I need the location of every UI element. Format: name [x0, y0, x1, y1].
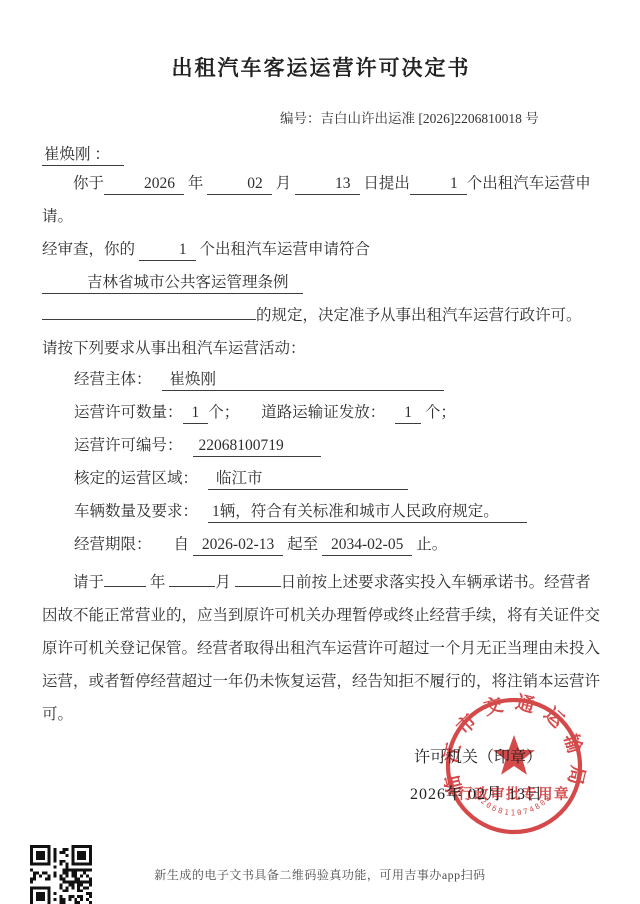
- regulation-name: 吉林省城市公共客运管理条例: [42, 273, 303, 294]
- field-label: 经营主体：: [74, 371, 152, 388]
- term-to-date: 2034-02-05: [322, 535, 412, 556]
- p1-text: 经审查，你的: [42, 241, 135, 258]
- footer-verification-note: 新生成的电子文书具备二维码验真功能，可用吉事办app扫码: [0, 866, 640, 883]
- field-permit-number: 运营许可编号：22068100719: [74, 434, 600, 458]
- review-count: 1: [139, 240, 196, 261]
- field-term: 经营期限：自 2026-02-13 起至 2034-02-05 止。: [74, 533, 600, 557]
- issuing-authority: 许可机关（印章）: [414, 744, 542, 767]
- field-label: 运营许可数量：: [74, 404, 183, 421]
- p1-text: 月: [276, 175, 292, 192]
- field-unit: 个；: [425, 404, 456, 421]
- application-year: 2026: [104, 174, 184, 195]
- regulation-continuation-blank: [42, 304, 256, 320]
- commitment-day-blank: [235, 571, 281, 587]
- field-unit: 个；: [208, 404, 239, 421]
- closing-text: 月: [215, 574, 231, 591]
- field-label: 车辆数量及要求：: [74, 503, 198, 520]
- field-label: 运营许可编号：: [74, 437, 183, 454]
- term-from-label: 自: [174, 536, 190, 553]
- permit-document-page: 出租汽车客运运营许可决定书 编号：吉白山许出运准 [2026]220681001…: [0, 0, 640, 904]
- permit-fields: 经营主体：崔焕刚 运营许可数量：1个；道路运输证发放：1 个； 运营许可编号：2…: [74, 368, 600, 557]
- application-count: 1: [410, 174, 467, 195]
- p1-text: 你于: [73, 175, 104, 192]
- salutation: 崔焕刚 ：: [42, 143, 600, 167]
- p1-text: 个出租汽车运营申请符合: [200, 241, 371, 258]
- field-label: 经营期限：: [74, 536, 152, 553]
- term-to-label: 起至: [287, 536, 318, 553]
- area-value: 临江市: [208, 469, 408, 490]
- p1-text: 年: [188, 175, 204, 192]
- document-number: 编号：吉白山许出运准 [2026]2206810018 号: [280, 108, 610, 129]
- field-vehicle: 车辆数量及要求：1辆，符合有关标准和城市人民政府规定。: [74, 500, 600, 524]
- field-subject: 经营主体：崔焕刚: [74, 368, 600, 392]
- subject-value: 崔焕刚: [162, 370, 444, 391]
- commitment-year-blank: [104, 571, 146, 587]
- field-area: 核定的运营区域：临江市: [74, 467, 600, 491]
- qr-finder-bottom-left: [30, 886, 51, 904]
- permit-number-value: 22068100719: [193, 436, 321, 457]
- qr-finder-top-left: [30, 845, 51, 866]
- p1-text: 日提出: [363, 175, 410, 192]
- recipient-name: 崔焕刚: [44, 146, 91, 163]
- quantity-value: 1: [183, 403, 209, 424]
- field-label: 道路运输证发放：: [261, 404, 385, 421]
- salutation-colon: ：: [94, 146, 110, 163]
- commitment-month-blank: [169, 571, 215, 587]
- closing-text: 请于: [73, 574, 104, 591]
- paragraph-application: 你于2026 年 02 月 13 日提出1个出租汽车运营申请。 经审查，你的 1…: [42, 167, 600, 332]
- term-end-label: 止。: [416, 536, 447, 553]
- application-month: 02: [207, 174, 272, 195]
- vehicle-value: 1辆，符合有关标准和城市人民政府规定。: [208, 502, 527, 523]
- issue-date: 2026年 02月 13日: [410, 781, 543, 804]
- road-cert-value: 1: [395, 403, 421, 424]
- application-day: 13: [295, 174, 360, 195]
- p1-text: 的规定，决定准予从事出租汽车运营行政许可。: [256, 307, 582, 324]
- field-label: 核定的运营区域：: [74, 470, 198, 487]
- requirements-intro: 请按下列要求从事出租汽车运营活动：: [42, 332, 600, 365]
- closing-text: 年: [150, 574, 166, 591]
- field-quantity: 运营许可数量：1个；道路运输证发放：1 个；: [74, 401, 600, 425]
- term-from-date: 2026-02-13: [193, 535, 283, 556]
- recipient-name-underline: 崔焕刚 ：: [42, 145, 124, 166]
- page-title: 出租汽车客运运营许可决定书: [42, 52, 600, 82]
- qr-finder-top-right: [71, 845, 92, 866]
